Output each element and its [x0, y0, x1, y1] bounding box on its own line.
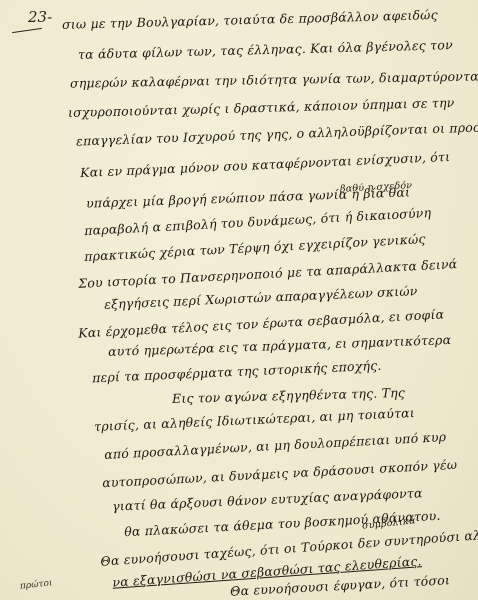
manuscript-line-6: Και εν πράγμα μόνον σου καταφέρνονται εν…: [80, 149, 451, 180]
manuscript-line-2: τα άδυτα φίλων των, τας έλληνας. Και όλα…: [78, 37, 453, 62]
manuscript-page: 23- σιω με την Βουλγαρίαν, τοιαύτα δε πρ…: [0, 0, 478, 600]
manuscript-line-9: πρακτικώς χέρια των Τέρψη όχι εγχειρίζον…: [84, 231, 426, 264]
manuscript-line-3: σημερών καλαφέρναι την ιδιότητα γωνία τω…: [70, 68, 478, 90]
manuscript-line-11: εξηγήσεις περί Χωριστών απαραγγέλεων σκι…: [104, 283, 418, 312]
manuscript-line-17: από προσαλλαγμένων, αι μη δουλοπρέπειαι …: [104, 429, 447, 462]
manuscript-line-16: τρισίς, αι αληθείς Ιδιωτικώτεραι, αι μη …: [94, 405, 415, 434]
margin-note: πρώτοι: [20, 578, 53, 591]
manuscript-line-19: γιατί θα άρξουσι θάνον ευτυχίας αναγράφο…: [112, 485, 423, 514]
manuscript-line-5: επαγγελίαν του Ισχυρού της γης, ο αλληλο…: [76, 118, 478, 148]
manuscript-line-14: περί τα προσφέρματα της ιστορικής εποχής…: [92, 358, 382, 386]
page-number: 23-: [28, 8, 52, 26]
manuscript-line-4: ισχυροποιούνται χωρίς ι δραστικά, κάποιο…: [68, 95, 455, 120]
manuscript-line-7: υπάρχει μία βρογή ενώπιον πάσα γωνία ή β…: [86, 184, 411, 210]
page-number-underline: [12, 28, 42, 33]
manuscript-line-1: σιω με την Βουλγαρίαν, τοιαύτα δε προσβά…: [62, 7, 438, 32]
manuscript-line-15: Εις τον αγώνα εξηγηθέντα της. Της: [172, 385, 405, 406]
